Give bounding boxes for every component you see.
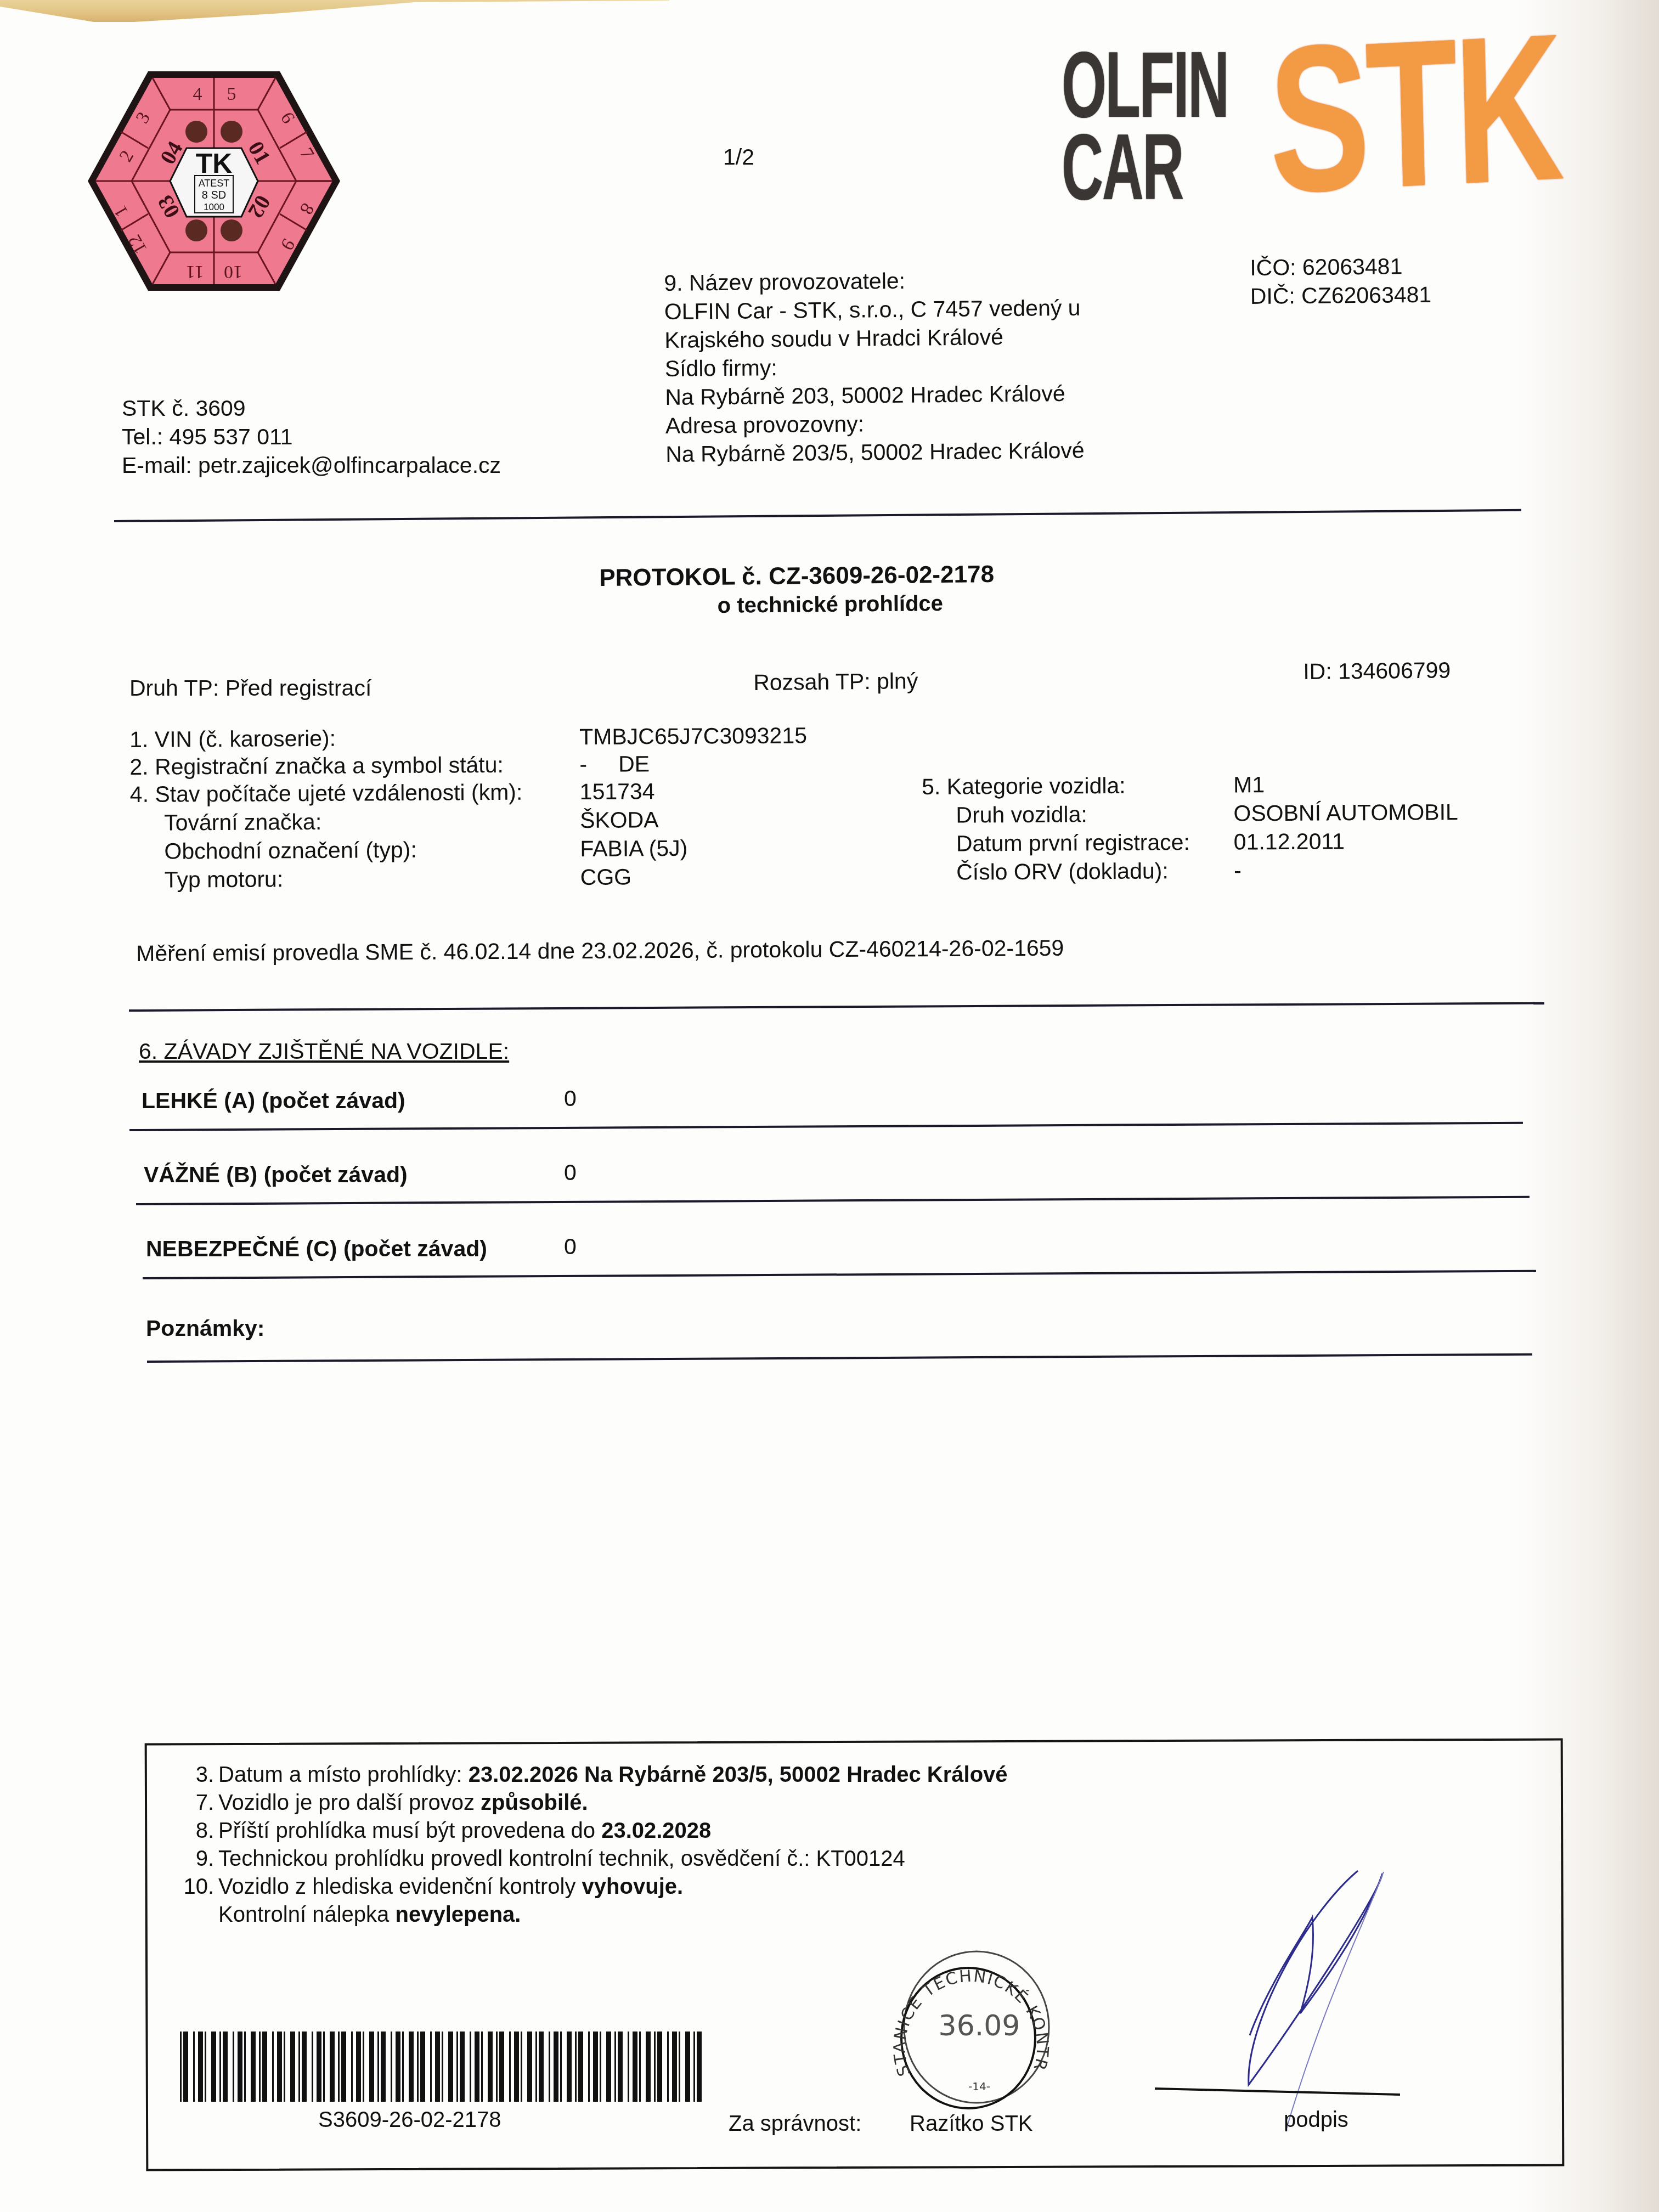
barcode-bar bbox=[312, 2032, 313, 2102]
barcode-bar bbox=[323, 2032, 325, 2102]
operator-name-1: OLFIN Car - STK, s.r.o., C 7457 vedený u bbox=[664, 294, 1083, 326]
protocol-heading: PROTOKOL č. CZ-3609-26-02-2178 o technic… bbox=[599, 560, 995, 621]
summary-item-value: vyhovuje. bbox=[582, 1875, 684, 1899]
barcode-bar bbox=[244, 2032, 246, 2102]
seat-label: Sídlo firmy: bbox=[664, 351, 1084, 383]
barcode-bar bbox=[575, 2032, 577, 2102]
vehicle-row: 4. Stav počítače ujeté vzdálenosti (km):… bbox=[130, 776, 808, 809]
operator-title: 9. Název provozovatele: bbox=[664, 265, 1083, 297]
barcode-bar bbox=[578, 2032, 583, 2102]
protocol-subtitle: o technické prohlídce bbox=[599, 589, 994, 621]
defect-label: NEBEZPEČNÉ (C) (počet závad) bbox=[146, 1234, 487, 1263]
barcode bbox=[180, 2032, 707, 2102]
vehicle-value: 01.12.2011 bbox=[1234, 827, 1345, 856]
emissions-note: Měření emisí provedla SME č. 46.02.14 dn… bbox=[136, 934, 1064, 968]
barcode-bar bbox=[381, 2032, 386, 2102]
summary-item-number: 8. bbox=[180, 1817, 214, 1845]
notes-label: Poznámky: bbox=[146, 1314, 264, 1342]
summary-item: 10.Vozidlo z hlediska evidenční kontroly… bbox=[180, 1873, 1008, 1901]
barcode-bar bbox=[259, 2032, 261, 2102]
vehicle-value: TMBJC65J7C3093215 bbox=[579, 721, 807, 751]
vehicle-divider bbox=[129, 1002, 1544, 1012]
defect-divider bbox=[136, 1196, 1530, 1205]
barcode-bar bbox=[654, 2032, 656, 2102]
summary-item-value: nevylepena. bbox=[395, 1903, 521, 1927]
dic: DIČ: CZ62063481 bbox=[1250, 280, 1431, 311]
inspection-scope: Rozsah TP: plný bbox=[753, 667, 918, 697]
barcode-bar bbox=[290, 2032, 295, 2102]
vehicle-label: 4. Stav počítače ujeté vzdálenosti (km): bbox=[130, 777, 580, 809]
barcode-bar bbox=[697, 2032, 702, 2102]
svg-text:TK: TK bbox=[196, 148, 233, 179]
header-divider bbox=[114, 509, 1521, 522]
barcode-bar bbox=[369, 2032, 374, 2102]
summary-item: 7.Vozidlo je pro další provoz způsobilé. bbox=[180, 1789, 1008, 1817]
summary-item-text: Příští prohlídka musí být provedena do bbox=[218, 1819, 601, 1843]
barcode-bar bbox=[496, 2032, 498, 2102]
logo-olfin-car: OLFIN CAR bbox=[1062, 44, 1228, 208]
barcode-bar bbox=[391, 2032, 392, 2102]
barcode-bar bbox=[618, 2032, 623, 2102]
defect-count: 0 bbox=[564, 1084, 577, 1113]
barcode-bar bbox=[330, 2032, 335, 2102]
svg-text:11: 11 bbox=[186, 262, 204, 282]
page-indicator: 1/2 bbox=[723, 143, 754, 171]
defect-label: VÁŽNÉ (B) (počet závad) bbox=[144, 1160, 408, 1189]
table-surface bbox=[0, 0, 669, 22]
vehicle-row: Druh vozidla:OSOBNÍ AUTOMOBIL bbox=[922, 798, 1458, 830]
defect-count: 0 bbox=[564, 1232, 577, 1261]
barcode-bar bbox=[460, 2032, 465, 2102]
summary-item-value: způsobilé. bbox=[481, 1791, 588, 1815]
svg-text:-14-: -14- bbox=[968, 2080, 990, 2093]
barcode-bar bbox=[456, 2032, 458, 2102]
vehicle-value: ŠKODA bbox=[580, 805, 659, 834]
vehicle-label: Obchodní označení (typ): bbox=[130, 834, 580, 866]
vehicle-row: Tovární značka:ŠKODA bbox=[130, 804, 808, 837]
vehicle-value: 151734 bbox=[580, 777, 655, 806]
barcode-bar bbox=[448, 2032, 453, 2102]
barcode-bar bbox=[509, 2032, 511, 2102]
barcode-bar bbox=[614, 2032, 616, 2102]
barcode-bar bbox=[238, 2032, 242, 2102]
vehicle-label: Druh vozidla: bbox=[922, 799, 1233, 830]
svg-text:4: 4 bbox=[193, 84, 202, 104]
barcode-bar bbox=[539, 2032, 544, 2102]
barcode-bar bbox=[351, 2032, 353, 2102]
barcode-bar bbox=[488, 2032, 493, 2102]
summary-item: Kontrolní nálepka nevylepena. bbox=[180, 1901, 1008, 1929]
signature-label: podpis bbox=[1284, 2106, 1348, 2134]
station-email: E-mail: petr.zajicek@olfincarpalace.cz bbox=[122, 451, 501, 479]
barcode-bar bbox=[430, 2032, 432, 2102]
svg-text:10: 10 bbox=[224, 262, 242, 282]
vehicle-row: Datum první registrace:01.12.2011 bbox=[922, 826, 1459, 858]
summary-item: 9.Technickou prohlídku provedl kontrolní… bbox=[180, 1845, 1008, 1873]
vehicle-row: 5. Kategorie vozidla:M1 bbox=[922, 769, 1458, 801]
barcode-bar bbox=[223, 2032, 228, 2102]
summary-item-text: Vozidlo je pro další provoz bbox=[218, 1791, 481, 1815]
svg-text:8 SD: 8 SD bbox=[202, 189, 226, 201]
premises-address: Na Rybárně 203/5, 50002 Hradec Králové bbox=[665, 436, 1085, 469]
barcode-bar bbox=[180, 2032, 182, 2102]
seat-address: Na Rybárně 203, 50002 Hradec Králové bbox=[665, 379, 1084, 411]
barcode-bar bbox=[211, 2032, 216, 2102]
barcode-bar bbox=[672, 2032, 677, 2102]
barcode-bar bbox=[685, 2032, 690, 2102]
barcode-bar bbox=[646, 2032, 651, 2102]
barcode-bar bbox=[417, 2032, 419, 2102]
station-number: STK č. 3609 bbox=[122, 394, 501, 422]
barcode-bar bbox=[514, 2032, 519, 2102]
barcode-bar bbox=[284, 2032, 285, 2102]
ico: IČO: 62063481 bbox=[1250, 252, 1431, 282]
vehicle-label: Datum první registrace: bbox=[922, 828, 1234, 858]
barcode-bar bbox=[341, 2032, 346, 2102]
vehicle-row: 1. VIN (č. karoserie):TMBJC65J7C3093215 bbox=[129, 721, 807, 754]
summary-item-number: 7. bbox=[180, 1789, 214, 1817]
summary-item: 8.Příští prohlídka musí být provedena do… bbox=[180, 1817, 1008, 1845]
barcode-bar bbox=[219, 2032, 221, 2102]
barcode-bar bbox=[667, 2032, 669, 2102]
station-phone: Tel.: 495 537 011 bbox=[122, 422, 501, 451]
notes-divider bbox=[147, 1353, 1532, 1363]
summary-item-value: 23.02.2028 bbox=[601, 1819, 711, 1843]
svg-text:ATEST: ATEST bbox=[199, 178, 230, 189]
barcode-bar bbox=[628, 2032, 629, 2102]
vehicle-label: Číslo ORV (dokladu): bbox=[922, 856, 1234, 887]
barcode-bar bbox=[567, 2032, 572, 2102]
vehicle-value: - DE bbox=[579, 749, 650, 778]
barcode-bar bbox=[272, 2032, 274, 2102]
vehicle-row: Obchodní označení (typ):FABIA (5J) bbox=[130, 833, 808, 866]
defect-divider bbox=[129, 1122, 1523, 1131]
summary-item-number: 9. bbox=[180, 1845, 214, 1873]
summary-item-text: Vozidlo z hlediska evidenční kontroly bbox=[218, 1875, 582, 1899]
barcode-bar bbox=[475, 2032, 479, 2102]
barcode-bar bbox=[183, 2032, 188, 2102]
barcode-bar bbox=[521, 2032, 522, 2102]
protocol-title: PROTOKOL č. CZ-3609-26-02-2178 bbox=[599, 560, 994, 592]
summary-item-text: Kontrolní nálepka bbox=[218, 1903, 395, 1927]
inspection-type: Druh TP: Před registrací bbox=[129, 674, 371, 702]
barcode-bar bbox=[606, 2032, 611, 2102]
inspection-sticker-icon: TK ATEST 8 SD 1000 4 5 3 2 1 12 11 10 9 … bbox=[82, 66, 346, 296]
barcode-bar bbox=[251, 2032, 256, 2102]
vehicle-row: Typ motoru:CGG bbox=[131, 861, 808, 894]
barcode-bar bbox=[693, 2032, 695, 2102]
svg-text:STANICE TECHNICKÉ KONTROLY: STANICE TECHNICKÉ KONTROLY bbox=[878, 1937, 1052, 2079]
barcode-bar bbox=[499, 2032, 504, 2102]
barcode-bar bbox=[588, 2032, 590, 2102]
operator-name-2: Krajského soudu v Hradci Králové bbox=[664, 322, 1084, 354]
summary-item-text: Datum a místo prohlídky: bbox=[218, 1763, 469, 1787]
barcode-bar bbox=[277, 2032, 282, 2102]
barcode-bar bbox=[481, 2032, 483, 2102]
vehicle-details-left: 1. VIN (č. karoserie):TMBJC65J7C30932152… bbox=[129, 721, 808, 894]
vehicle-value: FABIA (5J) bbox=[580, 834, 687, 863]
summary-item: 3.Datum a místo prohlídky: 23.02.2026 Na… bbox=[180, 1761, 1008, 1789]
barcode-bar bbox=[302, 2032, 307, 2102]
logo-stk: STK bbox=[1267, 24, 1562, 203]
summary-item-text: Technickou prohlídku provedl kontrolní t… bbox=[218, 1847, 905, 1871]
barcode-bar bbox=[338, 2032, 340, 2102]
defect-label: LEHKÉ (A) (počet závad) bbox=[142, 1086, 405, 1115]
svg-text:1000: 1000 bbox=[204, 202, 224, 212]
vehicle-value: CGG bbox=[580, 862, 632, 891]
barcode-bar bbox=[435, 2032, 440, 2102]
barcode-bar bbox=[396, 2032, 400, 2102]
barcode-bar bbox=[560, 2032, 562, 2102]
defect-divider bbox=[143, 1270, 1536, 1279]
barcode-bar bbox=[363, 2032, 364, 2102]
barcode-bar bbox=[639, 2032, 641, 2102]
stk-stamp-icon: STANICE TECHNICKÉ KONTROLY 36.09 -14- bbox=[878, 1937, 1075, 2118]
vehicle-label: 1. VIN (č. karoserie): bbox=[129, 723, 579, 754]
station-contact: STK č. 3609 Tel.: 495 537 011 E-mail: pe… bbox=[122, 394, 501, 479]
premises-label: Adresa provozovny: bbox=[665, 408, 1084, 440]
barcode-bar bbox=[205, 2032, 206, 2102]
barcode-bar bbox=[679, 2032, 680, 2102]
operator-info: 9. Název provozovatele: OLFIN Car - STK,… bbox=[664, 265, 1085, 469]
svg-text:36.09: 36.09 bbox=[939, 2010, 1020, 2042]
barcode-bar bbox=[442, 2032, 443, 2102]
barcode-bar bbox=[262, 2032, 267, 2102]
vehicle-label: Tovární značka: bbox=[130, 806, 580, 837]
vehicle-label: Typ motoru: bbox=[131, 863, 580, 894]
barcode-bar bbox=[402, 2032, 404, 2102]
vehicle-value: - bbox=[1234, 856, 1242, 884]
barcode-bar bbox=[409, 2032, 414, 2102]
summary-item-value: 23.02.2026 Na Rybárně 203/5, 50002 Hrade… bbox=[469, 1763, 1008, 1787]
barcode-bar bbox=[317, 2032, 321, 2102]
defects-heading: 6. ZÁVADY ZJIŠTĚNÉ NA VOZIDLE: bbox=[139, 1037, 509, 1065]
vehicle-details-right: 5. Kategorie vozidla:M1Druh vozidla:OSOB… bbox=[922, 769, 1459, 887]
protocol-id: ID: 134606799 bbox=[1303, 656, 1451, 686]
barcode-bar bbox=[535, 2032, 537, 2102]
barcode-bar bbox=[549, 2032, 550, 2102]
barcode-bar bbox=[600, 2032, 601, 2102]
vehicle-label: 5. Kategorie vozidla: bbox=[922, 771, 1233, 801]
barcode-bar bbox=[377, 2032, 379, 2102]
correctness-label: Za správnost: bbox=[729, 2109, 861, 2138]
barcode-bar bbox=[356, 2032, 361, 2102]
barcode-bar bbox=[193, 2032, 195, 2102]
vehicle-value: OSOBNÍ AUTOMOBIL bbox=[1233, 798, 1458, 827]
barcode-text: S3609-26-02-2178 bbox=[318, 2106, 501, 2134]
barcode-bar bbox=[420, 2032, 425, 2102]
summary-item-number: 10. bbox=[180, 1873, 214, 1901]
svg-text:5: 5 bbox=[227, 84, 236, 104]
defect-count: 0 bbox=[564, 1158, 577, 1187]
vehicle-label: 2. Registrační značka a symbol státu: bbox=[129, 750, 579, 781]
barcode-bar bbox=[633, 2032, 637, 2102]
barcode-bar bbox=[657, 2032, 662, 2102]
summary-list: 3.Datum a místo prohlídky: 23.02.2026 Na… bbox=[180, 1761, 1008, 1929]
company-ids: IČO: 62063481 DIČ: CZ62063481 bbox=[1250, 252, 1431, 311]
barcode-bar bbox=[470, 2032, 471, 2102]
barcode-bar bbox=[198, 2032, 203, 2102]
barcode-bar bbox=[593, 2032, 598, 2102]
summary-item-number: 3. bbox=[180, 1761, 214, 1789]
barcode-bar bbox=[554, 2032, 558, 2102]
barcode-bar bbox=[233, 2032, 234, 2102]
signature-icon bbox=[1141, 1843, 1525, 2151]
barcode-bar bbox=[298, 2032, 300, 2102]
barcode-bar bbox=[527, 2032, 532, 2102]
vehicle-value: M1 bbox=[1233, 770, 1265, 799]
vehicle-row: Číslo ORV (dokladu):- bbox=[922, 855, 1459, 887]
